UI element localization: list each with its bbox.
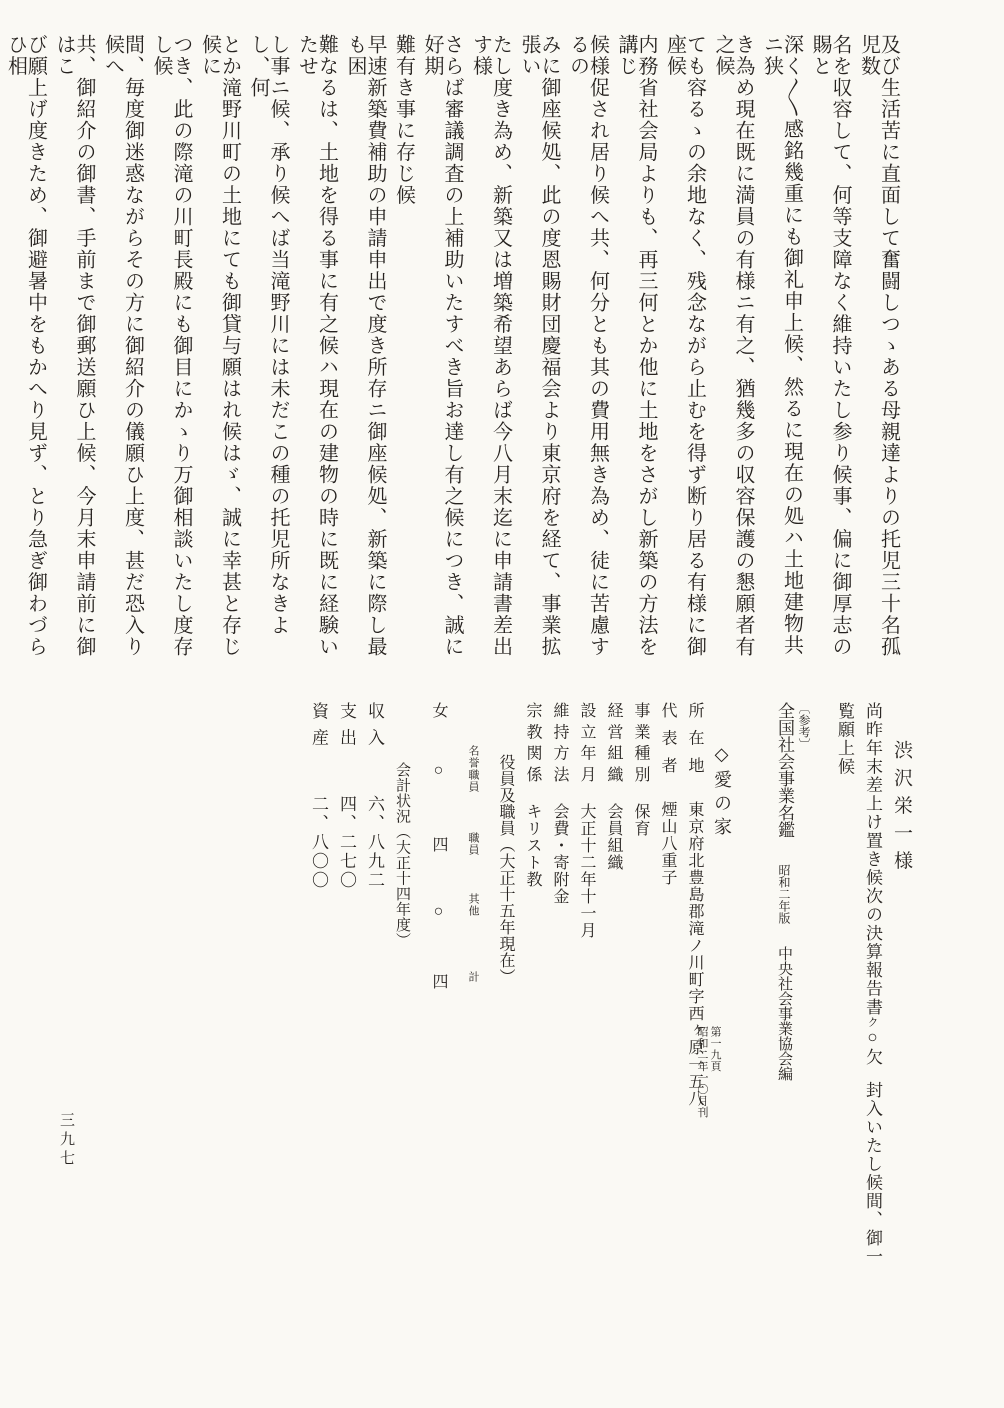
letter-column: び願上げ度きため、御避暑中をもかへり見ず、とり急ぎ御わづらひ相 xyxy=(6,34,46,664)
letter-column: き為め現在既に満員の有様ニ有之、猶幾多の収容保護の懇願者有之候 xyxy=(713,34,753,664)
letter-column: とか滝野川町の土地にても御貸与願はれ候はゞ、誠に幸甚と存じ候に xyxy=(200,34,240,664)
staff-section-heading: 役員及職員（大正十五年現在） xyxy=(497,702,513,1324)
account-row: 収入六、八九二 xyxy=(366,702,383,1324)
letter-column: たし度き為め、新築又は増築希望あらば今八月末迄に申請書差出す様 xyxy=(471,34,511,664)
staff-table: 名誉職員 職員 其他 計 女 ○ 四 ○ 四 xyxy=(420,702,486,1324)
letter-column: さらば審議調査の上補助いたすべき旨お達し有之候につき、誠に好期 xyxy=(422,34,462,664)
account-label: 資産 xyxy=(309,702,328,755)
letter-column: 候様促され居り候へ共、何分とも其の費用無き為め、徒に苦慮するの xyxy=(568,34,608,664)
gloss-mark: ク xyxy=(866,1017,878,1028)
reference-editor: 中央社会事業協会編 xyxy=(776,946,792,1081)
letter-column: 及び生活苦に直面して奮闘しつゝある母親達よりの托児三十名孤児数 xyxy=(859,34,899,664)
account-value: 六、八九二 xyxy=(365,795,384,890)
field-value: 会員組織 xyxy=(605,803,622,871)
staff-value: 四 xyxy=(430,836,446,852)
letter-column: 間、毎度御迷惑ながらその方に御紹介の儀願ひ上度、甚だ恐入り候へ xyxy=(103,34,143,664)
letter-column: 共、御紹介の御書、手前まで御郵送願ひ上候、今月末申請前に御はこ xyxy=(54,34,94,664)
accounts-section-heading: 会計状況（大正十四年度） xyxy=(394,702,409,1324)
account-label: 支出 xyxy=(337,702,356,755)
letter-column: 難有き事に存じ候 xyxy=(394,34,414,664)
reference-pub-date: 昭和二年一〇月刊 xyxy=(696,1026,707,1126)
entry-field: 設立年月大正十二年十一月 xyxy=(578,702,594,1324)
letter-column: 難なるは、土地を得る事に有之候ハ現在の建物の時に既に経験いたせ xyxy=(297,34,337,664)
reference-footnote: 第一九頁 昭和二年一〇月刊 xyxy=(694,1026,722,1126)
entry-field: 代表者煙山八重子 xyxy=(659,702,675,1324)
field-label: 所在地 xyxy=(686,702,703,785)
reference-tag: 〔参考〕 xyxy=(798,702,810,1324)
postscript-text: 封入いたし候間、御一 xyxy=(863,1081,882,1266)
entry-field: 経営組織会員組織 xyxy=(605,702,621,1324)
staff-col-header: 職員 xyxy=(467,832,478,856)
field-label: 事業種別 xyxy=(632,702,649,787)
field-value: 大正十二年十一月 xyxy=(578,803,595,939)
field-label: 代表者 xyxy=(659,702,676,785)
account-value: 四、二七〇 xyxy=(337,795,356,890)
reference-title: 全国社会事業名鑑 xyxy=(775,702,794,838)
letter-block: 及び生活苦に直面して奮闘しつゝある母親達よりの托児三十名孤児数 名を収容して、何… xyxy=(0,34,907,664)
postscript-line-2: 覧願上候 xyxy=(836,702,853,1324)
letter-column: 早速新築費補助の申請申出で度き所存ニ御座候処、新築に際し最も困 xyxy=(345,34,385,664)
account-row: 資産二、八〇〇 xyxy=(310,702,327,1324)
account-label: 収入 xyxy=(365,702,384,755)
field-value: 保育 xyxy=(632,803,649,837)
postscript-line-1: 尚昨年末差上け置き候次の決算報告書ク○欠封入いたし候間、御一 xyxy=(864,702,881,1324)
letter-column: 名を収容して、何等支障なく維持いたし参り候事、偏に御厚志の賜と xyxy=(810,34,850,664)
account-row: 支出四、二七〇 xyxy=(338,702,355,1324)
entry-field: 維持方法会費・寄附金 xyxy=(551,702,567,1324)
staff-col-header: 名誉職員 xyxy=(467,745,478,793)
entry-field: 宗教関係キリスト教 xyxy=(524,702,540,1324)
entry-name: ◇愛の家 xyxy=(713,702,731,1324)
letter-column: し事ニ候、承り候へば当滝野川には未だこの種の托児所なきよし、何 xyxy=(248,34,288,664)
staff-value: ○ xyxy=(430,762,446,779)
field-value: キリスト教 xyxy=(524,803,541,888)
field-label: 維持方法 xyxy=(551,702,568,787)
reference-page-ref: 第一九頁 xyxy=(709,1026,720,1126)
page-number: 三九七 xyxy=(56,1112,77,1169)
letter-column: ても容るゝの余地なく、残念ながら止むを得ず断り居る有様に御座候 xyxy=(665,34,705,664)
field-value: 会費・寄附金 xyxy=(551,803,568,905)
addressee: 渋沢栄一様 xyxy=(892,702,911,1324)
reference-block: 渋沢栄一様 尚昨年末差上け置き候次の決算報告書ク○欠封入いたし候間、御一 覧願上… xyxy=(299,702,922,1324)
letter-column: みに御座候処、此の度恩賜財団慶福会より東京府を経て、事業拡張い xyxy=(519,34,559,664)
postscript-text: 尚昨年末差上け置き候次の決算報告書 xyxy=(863,702,882,1017)
reference-edition: 昭和二年版 xyxy=(777,864,791,924)
letter-column: 内務省社会局よりも、再三何とか他に土地をさがし新築の方法を講じ xyxy=(616,34,656,664)
field-label: 経営組織 xyxy=(605,702,622,787)
staff-value: ○ xyxy=(430,903,446,920)
field-label: 宗教関係 xyxy=(524,702,541,787)
reference-title-column: 全国社会事業名鑑 昭和二年版 中央社会事業協会編 xyxy=(776,702,793,1324)
missing-char-mark: ○欠 xyxy=(863,1028,882,1067)
account-value: 二、八〇〇 xyxy=(309,795,328,890)
letter-column: つき、此の際滝の川町長殿にも御目にかゝり万御相談いたし度存し候 xyxy=(151,34,191,664)
field-label: 設立年月 xyxy=(578,702,595,787)
staff-value: 四 xyxy=(430,973,446,989)
staff-col-header: 其他 xyxy=(467,893,478,917)
letter-column: 深く〱感銘幾重にも御礼申上候、然るに現在の処ハ土地建物共ニ狭 xyxy=(762,34,802,664)
field-value: 煙山八重子 xyxy=(659,801,676,886)
book-page: 及び生活苦に直面して奮闘しつゝある母親達よりの托児三十名孤児数 名を収容して、何… xyxy=(0,0,1004,1408)
entry-field: 所在地東京府北豊島郡滝ノ川町字西ヶ原一五八 xyxy=(686,702,702,1324)
staff-row-label: 女 xyxy=(430,702,446,718)
entry-field: 事業種別保育 xyxy=(632,702,648,1324)
staff-col-header: 計 xyxy=(467,971,478,983)
